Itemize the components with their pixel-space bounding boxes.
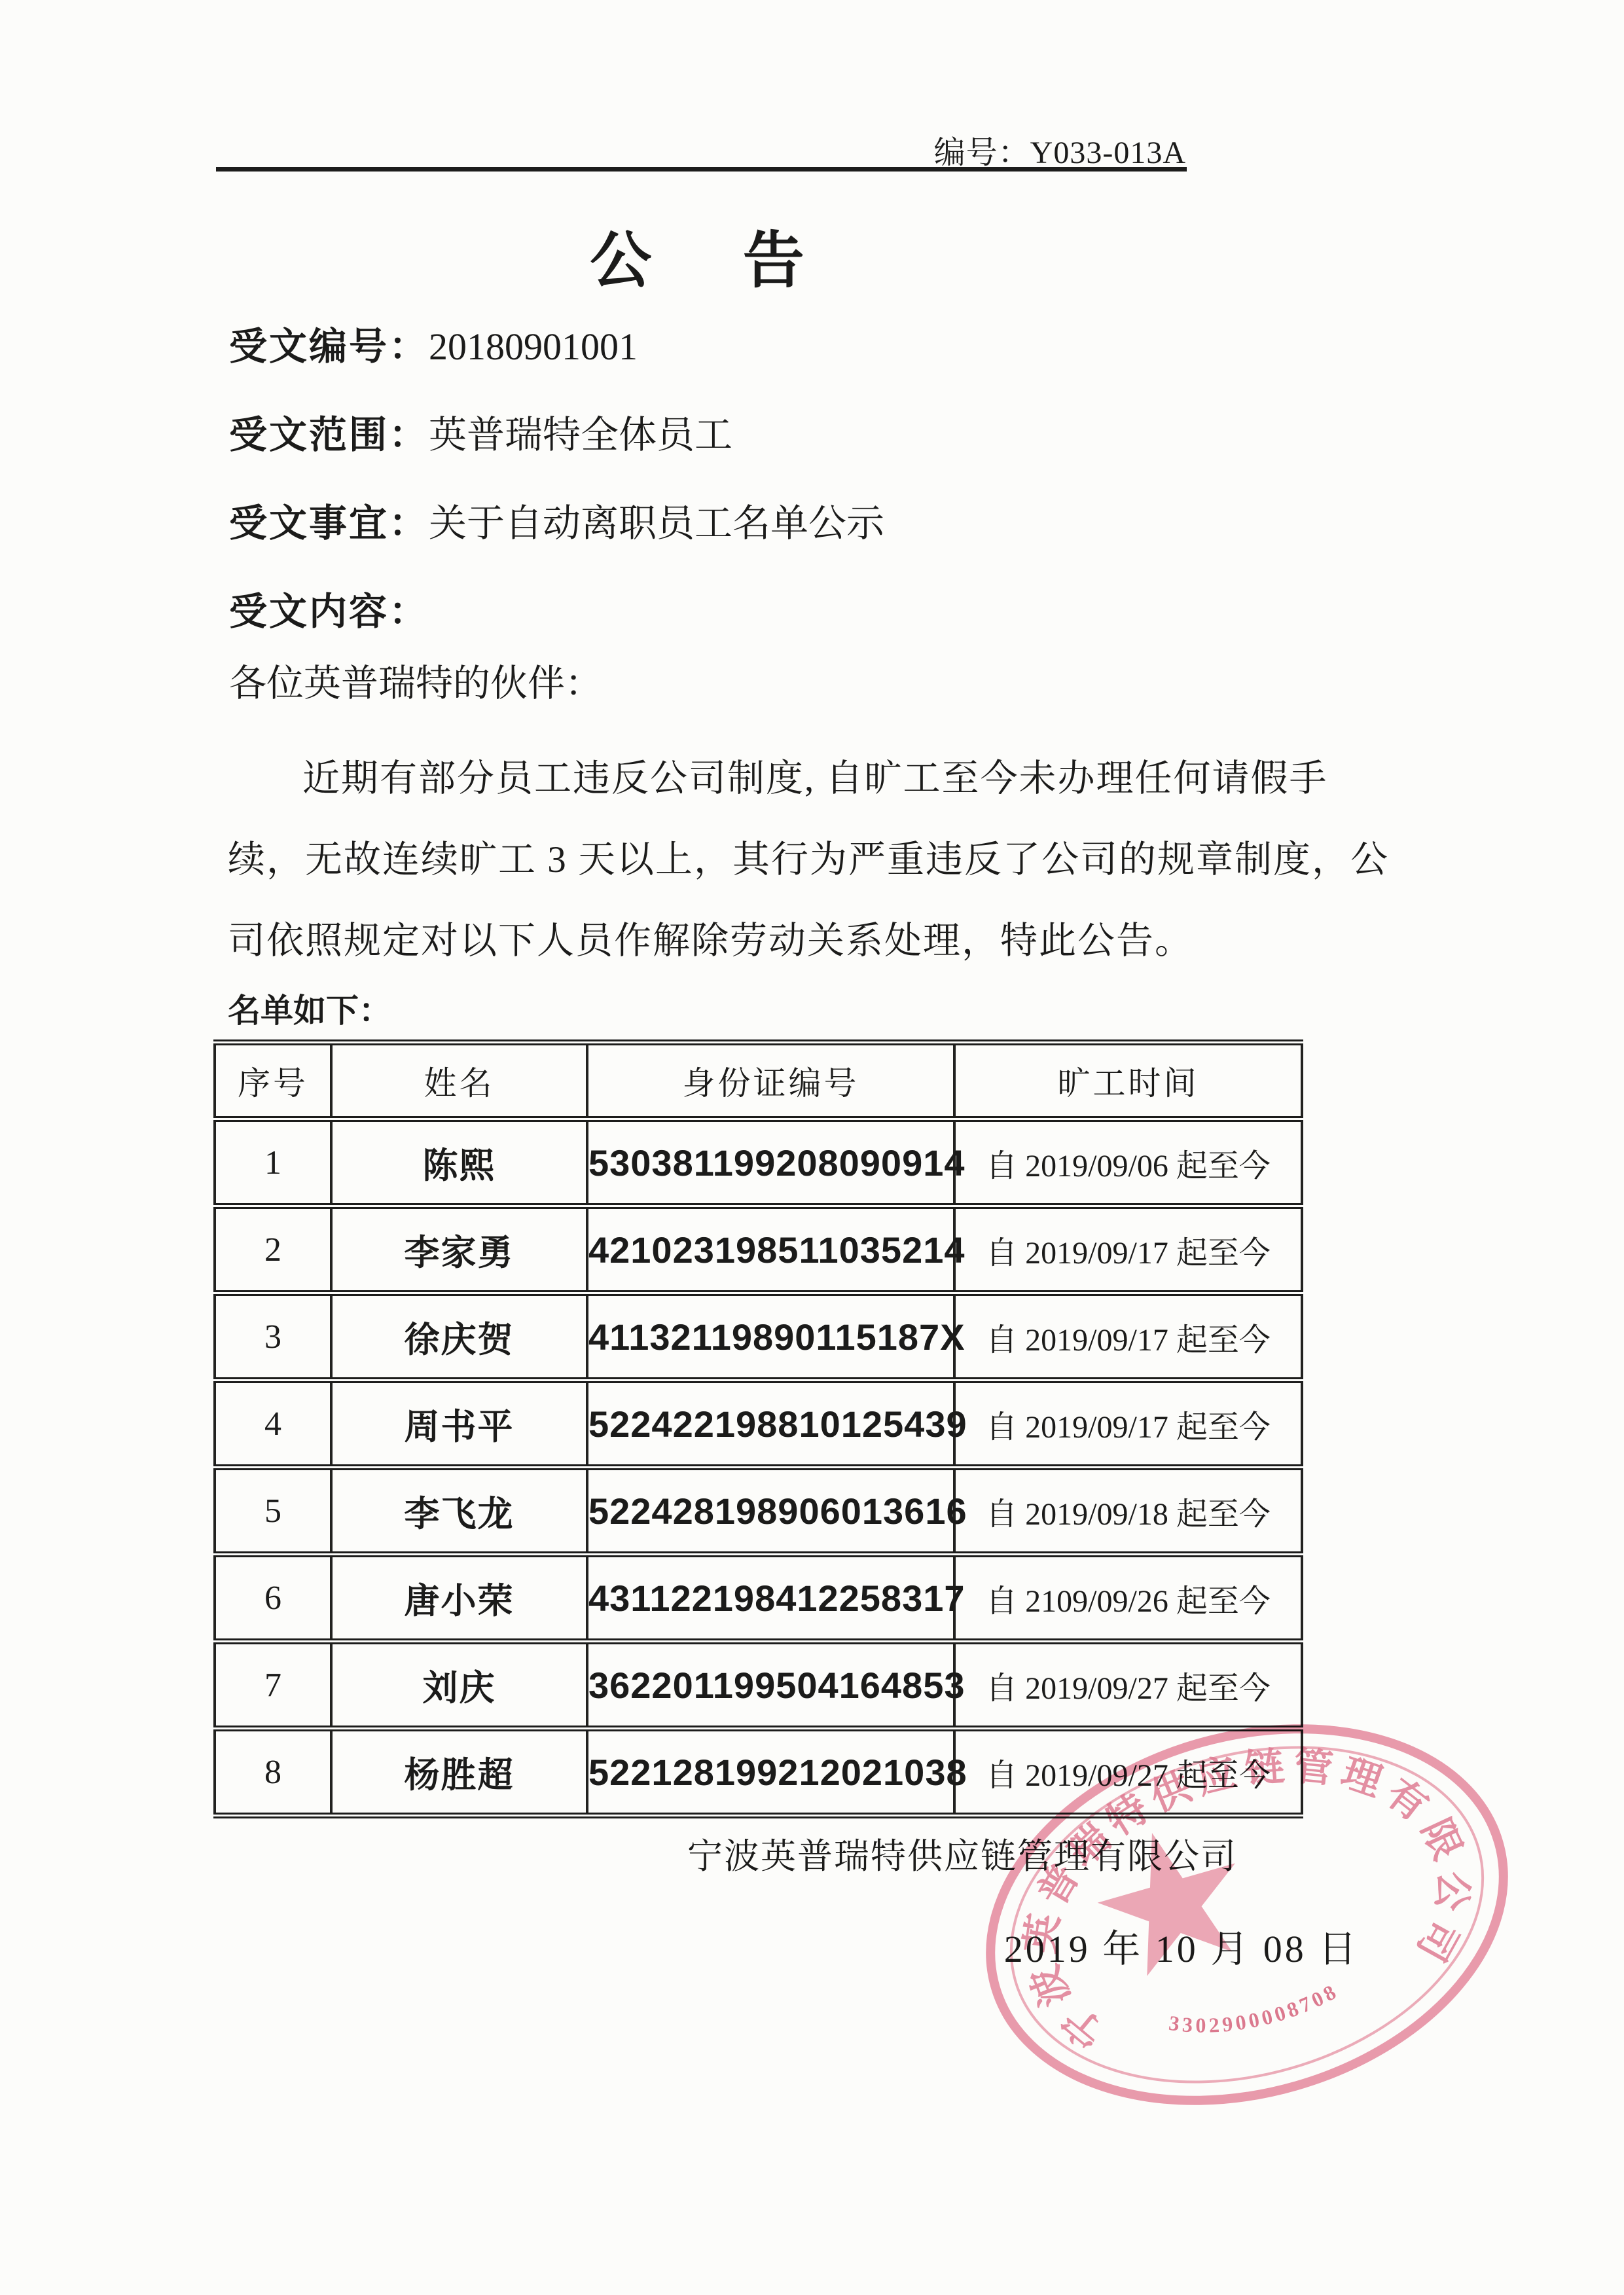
- table-cell: 522428198906013616: [587, 1468, 954, 1555]
- roster-table-body: 1陈熙530381199208090914自 2019/09/06 起至今2李家…: [215, 1119, 1302, 1816]
- signature-date: 2019 年 10 月 08 日: [985, 1918, 1378, 1973]
- doc-number: 编号：Y033-013A: [851, 127, 1186, 165]
- paragraph-line: 司依照规定对以下人员作解除劳动关系处理，特此公告。: [228, 901, 1413, 982]
- table-cell: 522128199212021038: [587, 1729, 954, 1816]
- field-label: 受文事宜：: [229, 502, 429, 545]
- roster-table: 序号姓名身份证编号旷工时间 1陈熙530381199208090914自 201…: [213, 1039, 1303, 1818]
- table-cell: 7: [215, 1642, 331, 1729]
- table-cell: 自 2019/09/17 起至今: [954, 1206, 1302, 1293]
- table-cell: 3: [215, 1293, 331, 1381]
- table-cell: 杨胜超: [331, 1729, 587, 1816]
- table-cell: 5: [215, 1468, 331, 1555]
- table-cell: 自 2019/09/18 起至今: [954, 1468, 1302, 1555]
- table-cell: 陈熙: [331, 1119, 587, 1206]
- seal-serial-number: 3302900008708: [1162, 1964, 1345, 2056]
- salutation: 各位英普瑞特的伙伴：: [229, 653, 1146, 707]
- table-cell: 自 2109/09/26 起至今: [954, 1555, 1302, 1642]
- table-row: 5李飞龙522428198906013616自 2019/09/18 起至今: [215, 1468, 1302, 1555]
- list-intro: 名单如下：: [228, 985, 621, 1032]
- table-cell: 530381199208090914: [587, 1119, 954, 1206]
- table-cell: 自 2019/09/27 起至今: [954, 1642, 1302, 1729]
- table-header-cell: 姓名: [331, 1043, 587, 1119]
- table-header-cell: 身份证编号: [587, 1043, 954, 1119]
- signature-company: 宁波英普瑞特供应链管理有限公司: [687, 1828, 1218, 1879]
- table-row: 2李家勇421023198511035214自 2019/09/17 起至今: [215, 1206, 1302, 1293]
- table-cell: 刘庆: [331, 1642, 587, 1729]
- field-doc-id: 受文编号：20180901001: [229, 316, 1407, 364]
- table-header-cell: 旷工时间: [954, 1043, 1302, 1119]
- document-page: 编号：Y033-013A 公 告 受文编号：20180901001 受文范围：英…: [0, 0, 1624, 2295]
- table-header-row: 序号姓名身份证编号旷工时间: [215, 1043, 1302, 1119]
- table-cell: 421023198511035214: [587, 1206, 954, 1293]
- header-rule: [216, 167, 1187, 172]
- field-scope: 受文范围：英普瑞特全体员工: [229, 404, 1407, 452]
- body-paragraph: 近期有部分员工违反公司制度, 自旷工至今未办理任何请假手 续，无故连续旷工 3 …: [228, 738, 1413, 982]
- field-value: 英普瑞特全体员工: [429, 414, 732, 456]
- table-cell: 4: [215, 1381, 331, 1468]
- field-value: 20180901001: [429, 325, 638, 368]
- table-cell: 自 2019/09/17 起至今: [954, 1293, 1302, 1381]
- table-cell: 8: [215, 1729, 331, 1816]
- table-cell: 362201199504164853: [587, 1642, 954, 1729]
- page-title: 公 告: [281, 211, 1113, 283]
- table-row: 8杨胜超522128199212021038自 2019/09/27 起至今: [215, 1729, 1302, 1816]
- table-cell: 6: [215, 1555, 331, 1642]
- table-row: 7刘庆362201199504164853自 2019/09/27 起至今: [215, 1642, 1302, 1729]
- table-cell: 522422198810125439: [587, 1381, 954, 1468]
- field-label: 受文内容：: [229, 590, 429, 633]
- table-header-cell: 序号: [215, 1043, 331, 1119]
- paragraph-line: 续，无故连续旷工 3 天以上，其行为严重违反了公司的规章制度，公: [228, 820, 1413, 901]
- table-cell: 徐庆贺: [331, 1293, 587, 1381]
- field-value: 关于自动离职员工名单公示: [429, 502, 884, 545]
- field-label: 受文范围：: [229, 414, 429, 456]
- table-cell: 唐小荣: [331, 1555, 587, 1642]
- table-cell: 41132119890115187X: [587, 1293, 954, 1381]
- table-cell: 李飞龙: [331, 1468, 587, 1555]
- table-row: 6唐小荣431122198412258317自 2109/09/26 起至今: [215, 1555, 1302, 1642]
- table-row: 3徐庆贺41132119890115187X自 2019/09/17 起至今: [215, 1293, 1302, 1381]
- field-subject: 受文事宜：关于自动离职员工名单公示: [229, 492, 1407, 541]
- table-row: 1陈熙530381199208090914自 2019/09/06 起至今: [215, 1119, 1302, 1206]
- table-cell: 2: [215, 1206, 331, 1293]
- table-cell: 1: [215, 1119, 331, 1206]
- roster-table-head: 序号姓名身份证编号旷工时间: [215, 1043, 1302, 1119]
- table-cell: 自 2019/09/27 起至今: [954, 1729, 1302, 1816]
- field-content: 受文内容：: [229, 581, 1407, 629]
- table-cell: 自 2019/09/17 起至今: [954, 1381, 1302, 1468]
- paragraph-line: 近期有部分员工违反公司制度, 自旷工至今未办理任何请假手: [228, 738, 1413, 820]
- table-cell: 周书平: [331, 1381, 587, 1468]
- table-cell: 431122198412258317: [587, 1555, 954, 1642]
- table-row: 4周书平522422198810125439自 2019/09/17 起至今: [215, 1381, 1302, 1468]
- table-cell: 李家勇: [331, 1206, 587, 1293]
- table-cell: 自 2019/09/06 起至今: [954, 1119, 1302, 1206]
- field-label: 受文编号：: [229, 325, 429, 368]
